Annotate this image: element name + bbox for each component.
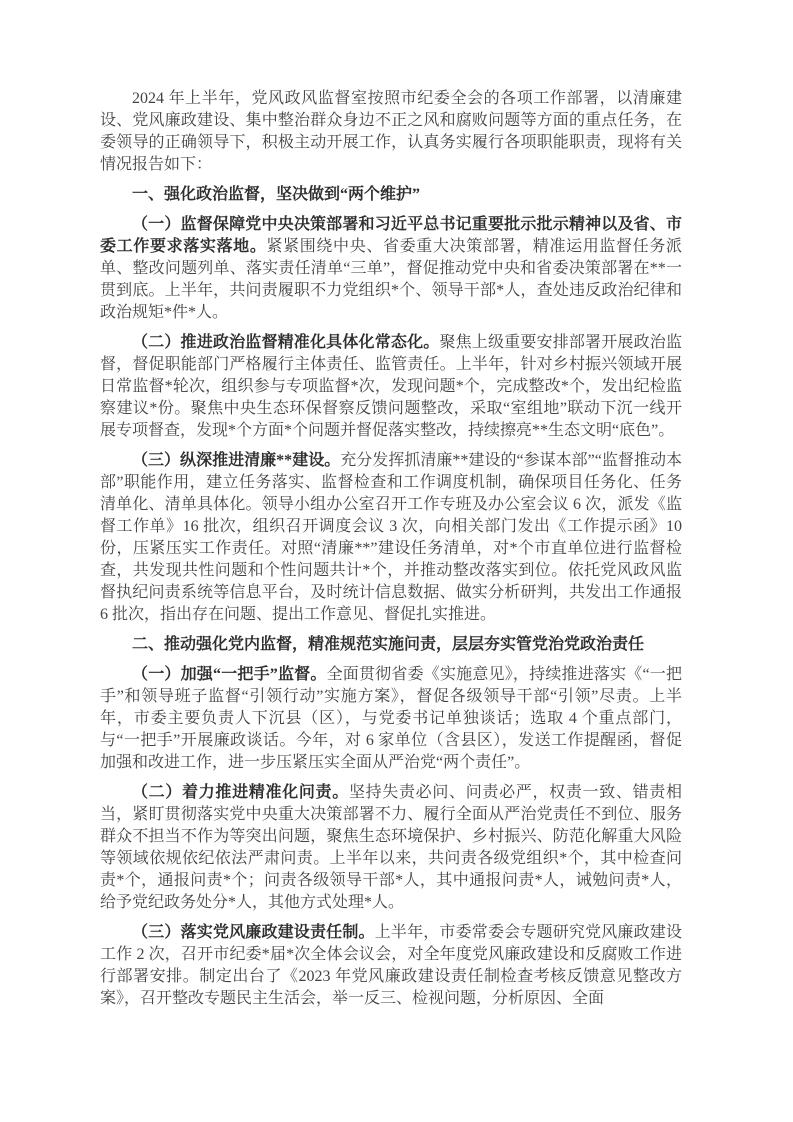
document-page: 2024 年上半年，党风政风监督室按照市纪委全会的各项工作部署，以清廉建设、党风… (0, 0, 793, 1122)
section-2-paragraph-3: （三）落实党风廉政建设责任制。上半年，市委常委会专题研究党风廉政建设工作 2 次… (100, 922, 682, 1010)
section-1-paragraph-1: （一）监督保障党中央决策部署和习近平总书记重要批示批示精神以及省、市委工作要求落… (100, 214, 682, 324)
section-2-paragraph-1: （一）加强“一把手”监督。全面贯彻省委《实施意见》，持续推进落实《“一把手”和领… (100, 664, 682, 774)
intro-paragraph: 2024 年上半年，党风政风监督室按照市纪委全会的各项工作部署，以清廉建设、党风… (100, 88, 682, 176)
paragraph-body: 充分发挥抓清廉**建设的“参谋本部”“监督推动本部”职能作用，建立任务落实、监督… (100, 452, 682, 623)
document-content: 2024 年上半年，党风政风监督室按照市纪委全会的各项工作部署，以清廉建设、党风… (100, 88, 682, 1018)
paragraph-lead: （三）落实党风廉政建设责任制。 (132, 924, 375, 941)
paragraph-body: 坚持失责必问、问责必严，权责一致、错责相当，紧盯贯彻落实党中央重大决策部署不力、… (100, 784, 682, 911)
section-1-paragraph-2: （二）推进政治监督精准化具体化常态化。聚焦上级重要安排部署开展政治监督，督促职能… (100, 332, 682, 442)
section-1-heading: 一、强化政治监督，坚决做到“两个维护” (100, 184, 682, 206)
paragraph-lead: （三）纵深推进清廉**建设。 (132, 452, 340, 469)
section-2-heading: 二、推动强化党内监督，精准规范实施问责，层层夯实管党治党政治责任 (100, 634, 682, 656)
section-1-paragraph-3: （三）纵深推进清廉**建设。充分发挥抓清廉**建设的“参谋本部”“监督推动本部”… (100, 450, 682, 626)
paragraph-lead: （一）加强“一把手”监督。 (132, 666, 327, 683)
paragraph-lead: （二）着力推进精准化问责。 (132, 784, 349, 801)
section-2-paragraph-2: （二）着力推进精准化问责。坚持失责必问、问责必严，权责一致、错责相当，紧盯贯彻落… (100, 782, 682, 914)
paragraph-lead: （二）推进政治监督精准化具体化常态化。 (132, 334, 439, 351)
